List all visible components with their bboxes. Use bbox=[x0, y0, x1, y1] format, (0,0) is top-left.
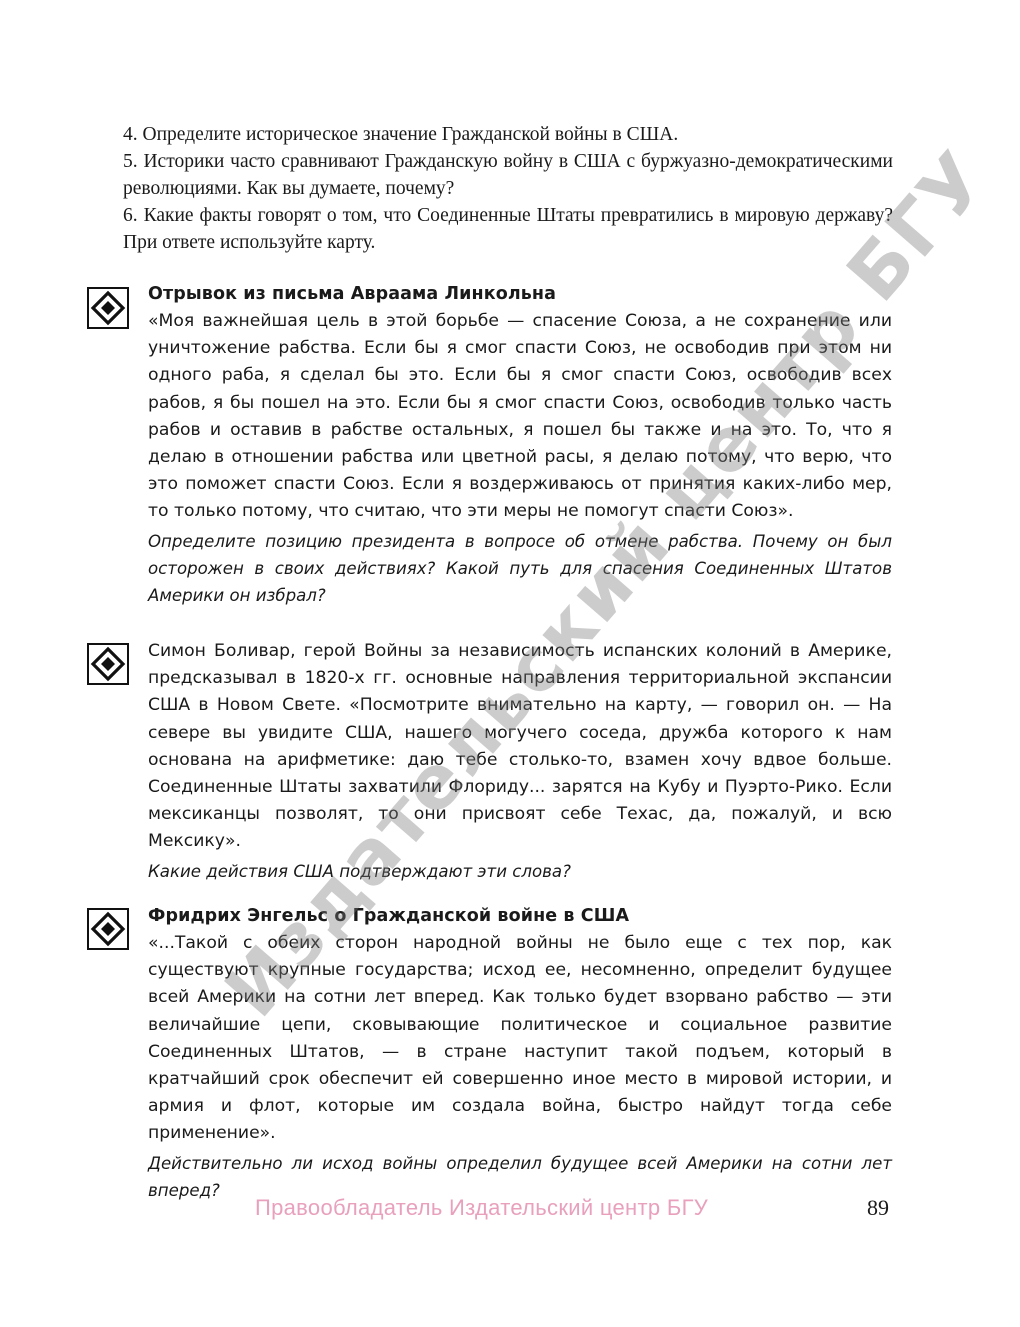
quote-text: «Моя важнейшая цель в этой борьбе — спас… bbox=[148, 308, 892, 526]
diamond-in-square-icon bbox=[87, 643, 129, 685]
copyright-owner: Правообладатель Издательский центр БГУ bbox=[255, 1195, 708, 1221]
task-text: Определите позицию президента в вопросе … bbox=[148, 528, 892, 610]
section-title: Отрывок из письма Авраама Линкольна bbox=[148, 281, 892, 308]
quote-text: «...Такой с обеих сторон народной войны … bbox=[148, 930, 892, 1148]
question-6: 6. Какие факты говорят о том, что Соедин… bbox=[123, 202, 893, 256]
engels-excerpt: Фридрих Энгельс о Гражданской войне в СШ… bbox=[148, 903, 892, 1204]
diamond-in-square-icon bbox=[87, 287, 129, 329]
lincoln-letter-excerpt: Отрывок из письма Авраама Линкольна «Моя… bbox=[148, 281, 892, 609]
section-title: Фридрих Энгельс о Гражданской войне в СШ… bbox=[148, 903, 892, 930]
task-text: Какие действия США подтверждают эти слов… bbox=[148, 858, 892, 885]
diamond-in-square-icon bbox=[87, 908, 129, 950]
question-4: 4. Определите историческое значение Граж… bbox=[123, 121, 893, 148]
page-number: 89 bbox=[867, 1195, 889, 1221]
question-5: 5. Историки часто сравнивают Гражданскую… bbox=[123, 148, 893, 202]
review-questions: 4. Определите историческое значение Граж… bbox=[123, 121, 893, 256]
bolivar-excerpt: Симон Боливар, герой Войны за независимо… bbox=[148, 638, 892, 885]
quote-text: Симон Боливар, герой Войны за независимо… bbox=[148, 638, 892, 856]
